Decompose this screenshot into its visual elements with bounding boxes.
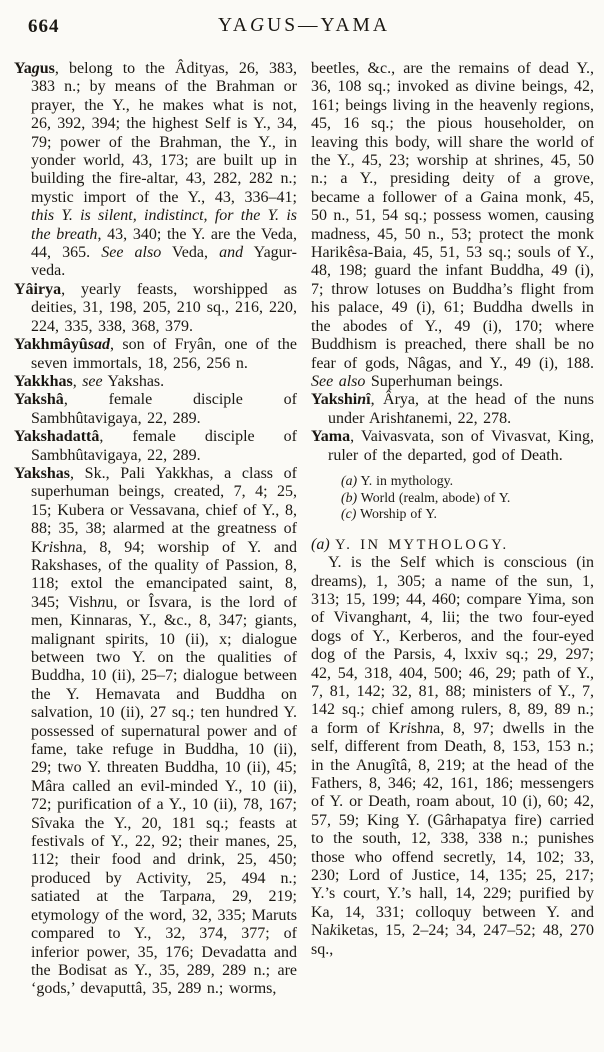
text-segment: See also [101,244,161,261]
page-header: 664 YAGUS—YAMA [14,15,594,45]
yama-subentry-c: (c) Worship of Y. [341,506,594,523]
yama-subentry-b: (b) World (realm, abode) of Y. [341,490,594,507]
text-segment: sad [88,336,110,353]
text-segment: ri [400,720,411,737]
text-segment: Yakshas [14,465,70,482]
text-segment: n [425,720,433,737]
text-segment: and [219,244,243,261]
entry-yaksha: Yakshâ, female disciple of Sambhûtavigay… [14,391,297,428]
text-segment: YA [218,15,250,36]
text-segment: , belong to the Âdityas, 26, 383, 383 n.… [31,60,297,206]
left-column: Yagus, belong to the Âdityas, 26, 383, 3… [14,60,297,999]
text-segment: World (realm, abode) of Y. [357,490,510,505]
text-segment: anemi, 22, 278. [409,410,511,427]
text-segment: Yakshas. [103,373,165,390]
entry-yairya: Yâirya, yearly feasts, worshipped as dei… [14,281,297,336]
text-segment: u, or Î [105,594,154,611]
entry-yakshas: Yakshas, Sk., Pali Yakkhas, a class of s… [14,465,297,999]
text-segment: Worship of Y. [356,506,437,521]
text-segment: iketas, 15, 2–24; 34, 247–52; 48, 270 sq… [311,922,594,957]
text-segment: Superhuman beings. [365,373,503,390]
text-segment: vara, is the lord of men, Kinnaras, Y., … [31,594,297,906]
text-segment: US—YAMA [267,15,390,36]
text-segment: sh [53,539,67,556]
text-segment: Yakshadattâ [14,428,99,445]
text-segment: Ya [14,60,32,77]
text-segment: ri [43,539,54,556]
text-segment: (b) [341,490,357,505]
text-segment: , yearly feasts, worshipped as deities, … [31,281,297,335]
text-segment: t, 4, lii; the two four-eyed dogs of Y.,… [311,609,594,736]
text-segment: k [330,922,337,939]
book-page: 664 YAGUS—YAMA Yagus, belong to the Âdit… [0,0,604,999]
yama-subentry-a: (a) Y. in mythology. [341,473,594,490]
text-segment: , [73,373,83,390]
text-segment: a, 8, 97; dwells in the self, different … [311,720,594,939]
text-segment: Yakhmâyû [14,336,88,353]
text-segment: (a) [341,473,357,488]
text-segment: Yama [311,428,350,445]
text-segment: sh [411,720,425,737]
text-segment: Yakshi [311,391,357,408]
entry-yakshas-continued: beetles, &c., are the remains of dead Y.… [311,60,594,391]
text-segment: Y. in mythology. [357,473,453,488]
entry-yama: Yama, Vaivasvata, son of Vivasvat, King,… [311,428,594,465]
text-segment: see [82,373,102,390]
text-segment: Veda, [161,244,219,261]
yama-section-a-heading: (a) Y. IN MYTHOLOGY. [311,536,594,554]
entry-yagus: Yagus, belong to the Âdityas, 26, 383, 3… [14,60,297,281]
text-segment: Yâirya [14,281,61,298]
text-segment: a-Baia, 45, 51, 53 sq.; souls of Y., 48,… [311,244,594,371]
text-segment: Yakshâ [14,391,64,408]
text-segment: n [357,391,366,408]
text-segment: us [40,60,55,77]
text-segment: beetles, &c., are the remains of dead Y.… [311,60,594,206]
text-segment: (a) [311,536,330,553]
text-segment: , Vaivasvata, son of Vivasvat, King, rul… [328,428,594,463]
text-columns: Yagus, belong to the Âdityas, 26, 383, 3… [14,60,594,999]
text-segment: , female disciple of Sambhûtavigaya, 22,… [31,391,297,426]
text-segment: (c) [341,506,356,521]
right-column: beetles, &c., are the remains of dead Y.… [311,60,594,999]
entry-yakhmayusad: Yakhmâyûsad, son of Fryân, one of the se… [14,336,297,373]
entry-yakshadatta: Yakshadattâ, female disciple of Sambhûta… [14,428,297,465]
text-segment: See also [311,373,365,390]
text-segment: G [250,15,267,36]
text-segment: Y. IN MYTHOLOGY. [335,537,509,553]
text-segment: n [395,609,403,626]
text-segment: Yakkhas [14,373,73,390]
text-segment: G [480,189,492,206]
entry-yakshini: Yakshinî, Ârya, at the head of the nuns … [311,391,594,428]
entry-yakkhas: Yakkhas, see Yakshas. [14,373,297,391]
text-segment: g [32,60,40,77]
running-head: YAGUS—YAMA [14,15,594,37]
yama-section-a-text: Y. is the Self which is conscious (in dr… [311,554,594,959]
